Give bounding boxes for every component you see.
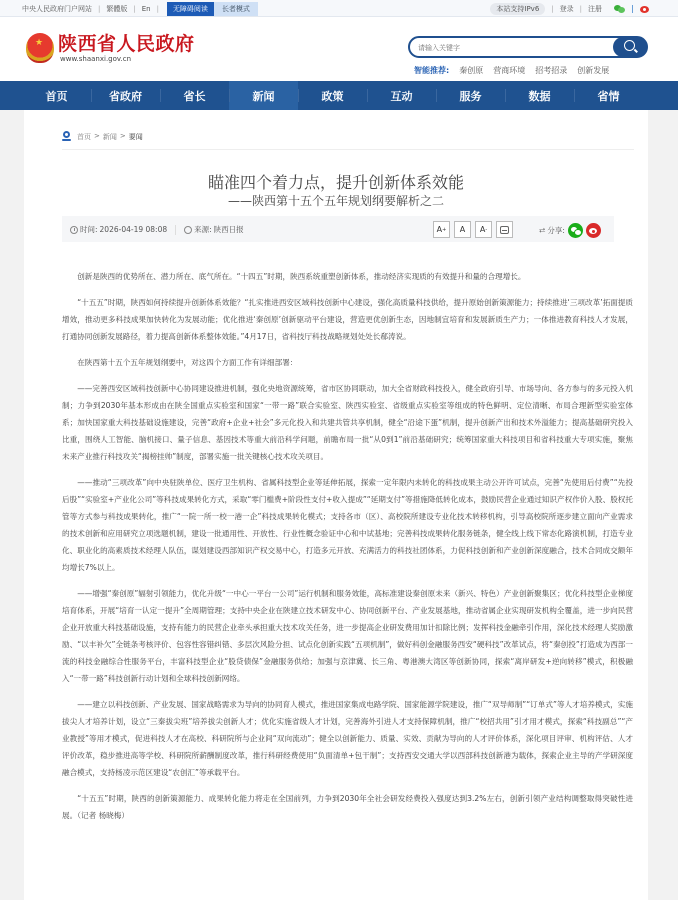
- search-input[interactable]: [418, 41, 608, 54]
- nav-item-news[interactable]: 新闻: [229, 81, 298, 110]
- article-paragraph: ——建立以科技创新、产业发展、国家战略需求为导向的协同育人模式，推进国家集成电路…: [62, 696, 633, 781]
- search-button[interactable]: [613, 37, 647, 57]
- nav-item-data[interactable]: 数据: [505, 81, 574, 110]
- site-logo[interactable]: 陕西省人民政府 www.shaanxi.gov.cn: [26, 33, 195, 64]
- recommend-item[interactable]: 秦创原: [459, 65, 483, 76]
- article-paragraph: 创新是陕西的优势所在、潜力所在、底气所在。“十四五”时期，陕西系统重塑创新体系，…: [62, 268, 633, 285]
- nav-item-service[interactable]: 服务: [436, 81, 505, 110]
- separator: |: [133, 5, 135, 13]
- main-nav: 首页 省政府 省长 新闻 政策 互动 服务 数据 省情: [0, 81, 678, 110]
- time-label: 时间:: [80, 224, 98, 235]
- separator: |: [157, 5, 159, 13]
- share-icon: ⮂: [539, 226, 545, 236]
- publish-time: 2026-04-19 08:08: [100, 225, 168, 234]
- article-body: 创新是陕西的优势所在、潜力所在、底气所在。“十四五”时期，陕西系统重塑创新体系，…: [62, 268, 633, 833]
- breadcrumb-separator: >: [94, 132, 100, 140]
- font-default-button[interactable]: A: [454, 221, 471, 238]
- link-central-gov-portal[interactable]: 中央人民政府门户网站: [22, 4, 92, 14]
- register-link[interactable]: 注册: [588, 4, 602, 14]
- article-paragraph: 在陕西第十五个五年规划纲要中，对这四个方面工作有详细部署：: [62, 354, 633, 371]
- article-paragraph: ——增强“秦创原”辐射引领能力，优化升级“一中心一平台一公司”运行机制和服务效能…: [62, 585, 633, 687]
- location-icon: [62, 131, 71, 142]
- article-title: 瞄准四个着力点，提升创新体系效能: [24, 170, 648, 193]
- separator: [632, 5, 633, 13]
- accessibility-reading-button[interactable]: 无障碍阅读: [167, 2, 214, 16]
- clock-icon: [70, 226, 78, 234]
- article-paragraph: “十五五”时期，陕西如何持续提升创新体系效能？“扎实推进西安区域科技创新中心建设…: [62, 294, 633, 345]
- recommend-item[interactable]: 营商环境: [493, 65, 525, 76]
- recommend-item[interactable]: 招考招录: [535, 65, 567, 76]
- nav-item-provincial-gov[interactable]: 省政府: [91, 81, 160, 110]
- site-header: 陕西省人民政府 www.shaanxi.gov.cn 智能推荐: 秦创原 营商环…: [0, 17, 678, 81]
- link-english[interactable]: En: [142, 5, 151, 13]
- source-label: 来源:: [194, 224, 212, 235]
- search-icon-handle: [634, 49, 638, 53]
- font-decrease-button[interactable]: A-: [475, 221, 492, 238]
- breadcrumb-news[interactable]: 新闻: [103, 132, 117, 142]
- weibo-icon[interactable]: [640, 4, 650, 13]
- breadcrumb-separator: >: [120, 132, 126, 140]
- article-container: 首页 > 新闻 > 要闻 瞄准四个着力点，提升创新体系效能 ——陕西第十五个五年…: [24, 110, 648, 900]
- nav-item-home[interactable]: 首页: [22, 81, 91, 110]
- reading-tools: A+ A A-: [433, 221, 517, 238]
- top-utility-bar: 中央人民政府门户网站 | 繁體版 | En | 无障碍阅读 长者模式 本站支持I…: [0, 0, 678, 17]
- breadcrumb-current[interactable]: 要闻: [129, 132, 143, 142]
- separator: |: [580, 5, 582, 13]
- smart-recommend: 智能推荐: 秦创原 营商环境 招考招录 创新发展: [414, 65, 619, 76]
- article-paragraph: ——完善西安区域科技创新中心协同建设推进机制，强化央地资源统筹，省市区协同联动，…: [62, 380, 633, 465]
- source-icon: [184, 226, 192, 234]
- search-box: [408, 36, 648, 58]
- breadcrumb-home[interactable]: 首页: [77, 132, 91, 142]
- recommend-label: 智能推荐:: [414, 65, 449, 76]
- national-emblem-icon: [26, 33, 54, 63]
- nav-item-interaction[interactable]: 互动: [367, 81, 436, 110]
- ipv6-badge: 本站支持IPv6: [490, 3, 545, 15]
- source-value: 陕西日报: [214, 224, 244, 235]
- share-bar: ⮂ 分享:: [539, 223, 601, 238]
- print-icon: [500, 226, 509, 234]
- print-button[interactable]: [496, 221, 513, 238]
- separator: |: [98, 5, 100, 13]
- breadcrumb: 首页 > 新闻 > 要闻: [62, 132, 634, 150]
- article-subtitle: ——陕西第十五个五年规划纲要解析之二: [24, 192, 648, 209]
- font-increase-button[interactable]: A+: [433, 221, 450, 238]
- article-paragraph: ——推动“三项改革”向中央驻陕单位、医疗卫生机构、省属科技型企业等延伸拓展，探索…: [62, 474, 633, 576]
- site-title: 陕西省人民政府: [58, 33, 195, 55]
- recommend-item[interactable]: 创新发展: [577, 65, 609, 76]
- share-label: 分享:: [547, 225, 565, 236]
- nav-item-governor[interactable]: 省长: [160, 81, 229, 110]
- login-link[interactable]: 登录: [560, 4, 574, 14]
- nav-item-policy[interactable]: 政策: [298, 81, 367, 110]
- nav-item-province-info[interactable]: 省情: [574, 81, 643, 110]
- link-traditional-chinese[interactable]: 繁體版: [106, 4, 127, 14]
- elder-mode-button[interactable]: 长者模式: [214, 2, 258, 16]
- divider: [175, 225, 176, 235]
- site-url: www.shaanxi.gov.cn: [60, 55, 195, 64]
- article-paragraph: “十五五”时期，陕西的创新策源能力、成果转化能力将走在全国前列，力争到2030年…: [62, 790, 633, 824]
- separator: |: [551, 5, 553, 13]
- article-meta-bar: 时间: 2026-04-19 08:08 来源: 陕西日报 A+ A A- ⮂ …: [62, 216, 614, 242]
- wechat-icon[interactable]: [614, 5, 625, 13]
- share-weibo-icon[interactable]: [586, 223, 601, 238]
- share-wechat-icon[interactable]: [568, 223, 583, 238]
